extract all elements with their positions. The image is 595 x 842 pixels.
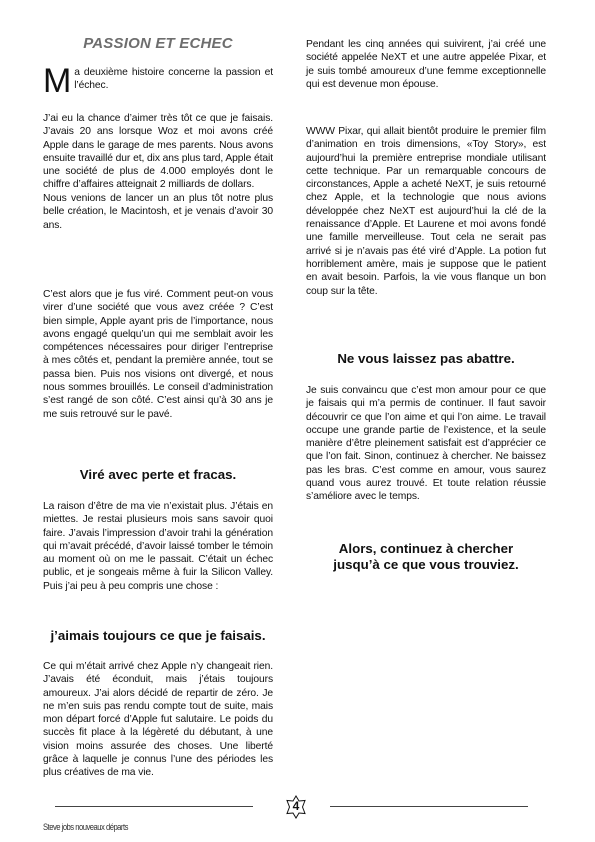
footer-rule-right (330, 806, 528, 807)
paragraph: Pendant les cinq années qui suivirent, j… (306, 38, 546, 91)
page-number-badge: 4 (284, 795, 308, 819)
section-heading: Ne vous laissez pas abattre. (306, 351, 546, 366)
footer-rule-left (55, 806, 253, 807)
drop-cap: M (43, 67, 71, 95)
closing-line-1: Alors, continuez à chercher (306, 541, 546, 557)
section-heading: j’aimais toujours ce que je faisais. (43, 628, 273, 643)
paragraph: Ce qui m’était arrivé chez Apple n’y cha… (43, 660, 273, 780)
intro-paragraph: Ma deuxième histoire concerne la passion… (43, 66, 273, 95)
section-heading: Viré avec perte et fracas. (43, 467, 273, 482)
paragraph: J’ai eu la chance d’aimer très tôt ce qu… (43, 112, 273, 192)
paragraph: Nous venions de lancer un an plus tôt no… (43, 192, 273, 232)
closing-heading: Alors, continuez à chercher jusqu’à ce q… (306, 541, 546, 573)
running-footer: Steve jobs nouveaux départs (43, 822, 128, 832)
article-title: PASSION ET ECHEC (43, 35, 273, 52)
closing-line-2: jusqu’à ce que vous trouviez. (306, 557, 546, 573)
paragraph: La raison d’être de ma vie n’existait pl… (43, 500, 273, 593)
page-number: 4 (284, 799, 308, 813)
paragraph: Je suis convaincu que c’est mon amour po… (306, 384, 546, 504)
paragraph: WWW Pixar, qui allait bientôt produire l… (306, 125, 546, 298)
paragraph: C’est alors que je fus viré. Comment peu… (43, 288, 273, 421)
intro-text: a deuxième histoire concerne la passion … (74, 67, 273, 91)
